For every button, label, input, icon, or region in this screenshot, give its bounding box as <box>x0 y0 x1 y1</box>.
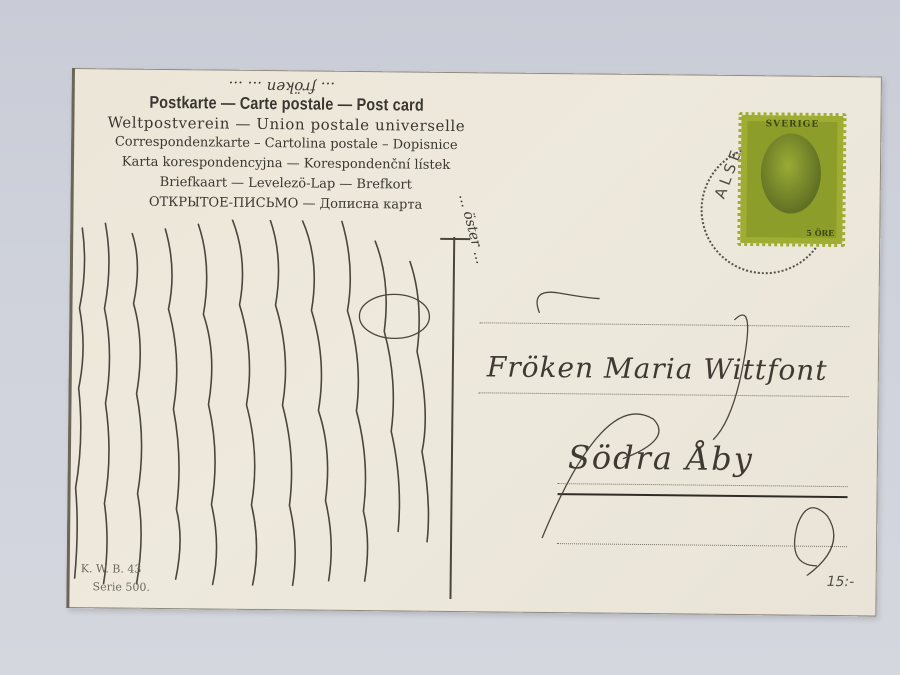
printed-header: Postkarte — Carte postale — Post card We… <box>90 92 481 216</box>
stamp-portrait <box>761 133 822 214</box>
postage-stamp: SVERIGE 5 ÖRE <box>740 115 843 244</box>
stamp-unit: ÖRE <box>815 228 835 238</box>
header-line-1: Postkarte — Carte postale — Post card <box>121 93 453 116</box>
publisher-code: K. W. B. 43 <box>81 562 142 576</box>
address-flourishes <box>467 272 870 576</box>
header-line-6: ОТКРЫТОЕ-ПИСЬМО — Дописна карта <box>90 192 480 216</box>
series-number: Serie 500. <box>93 580 150 594</box>
header-line-4: Karta korespondencyjna — Korespondenční … <box>91 152 481 176</box>
stamp-denomination: 5 ÖRE <box>740 227 842 238</box>
price-mark: 15:- <box>827 574 855 590</box>
stamp-value: 5 <box>806 228 812 238</box>
postcard: ... fröken ... ... Postkarte — Carte pos… <box>66 68 882 616</box>
message-handwriting <box>66 218 455 612</box>
handwriting-column: ... öster ... <box>455 192 488 266</box>
stamp-country: SVERIGE <box>741 119 843 130</box>
